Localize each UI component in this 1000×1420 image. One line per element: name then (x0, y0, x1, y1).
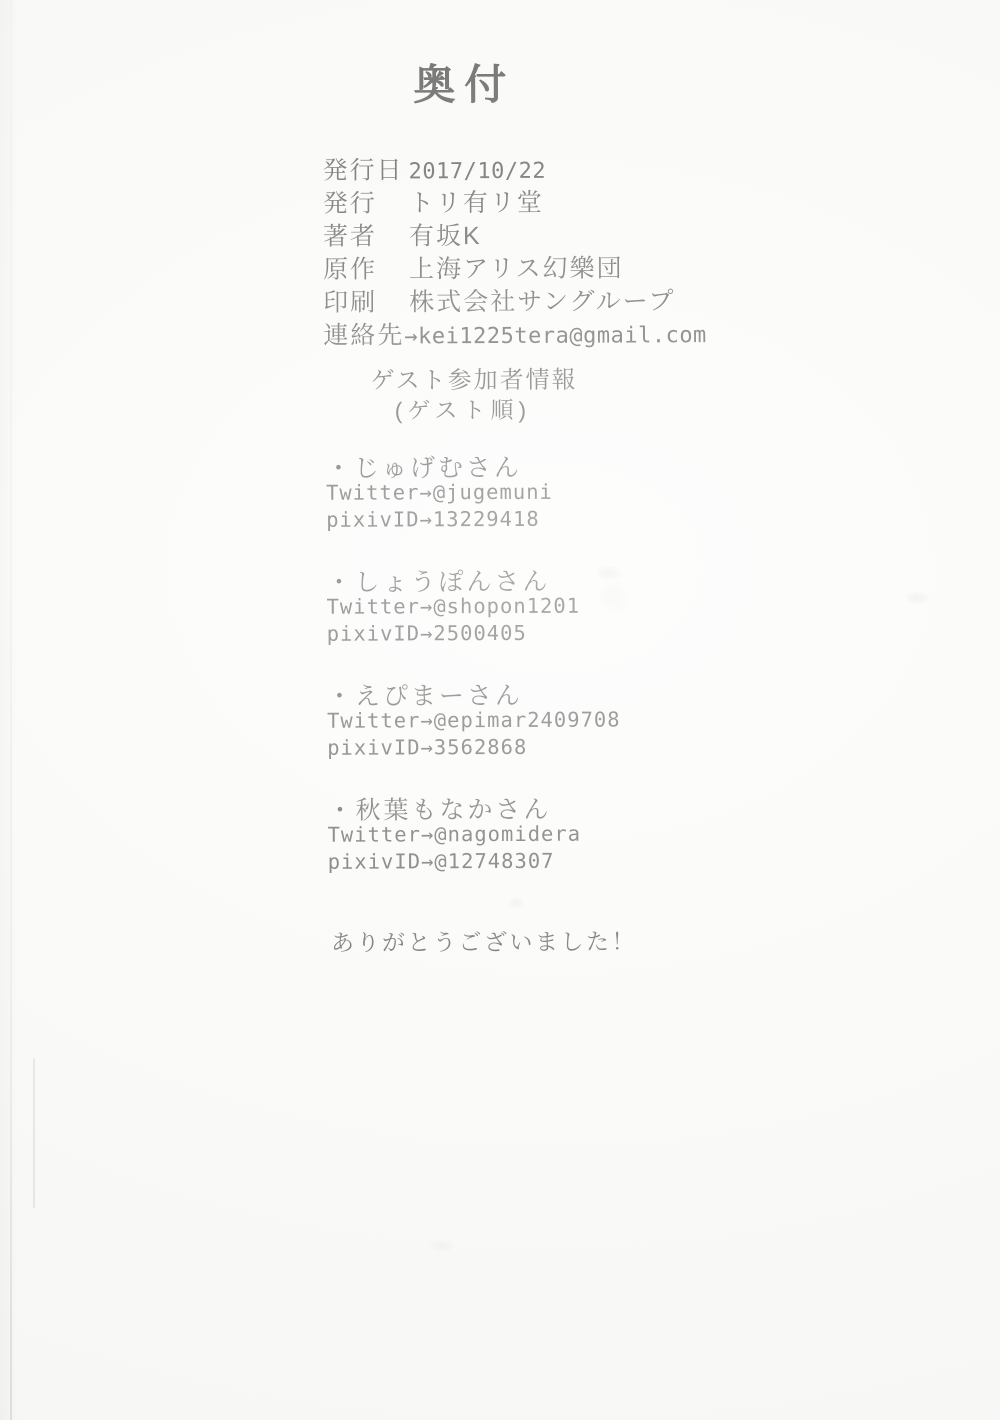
colophon-page: 奥付 発行日 2017/10/22 発行 トリ有リ堂 著者 有坂K 原作 上海ア… (0, 0, 1000, 1420)
publication-label: 原作 (323, 249, 409, 285)
guest-twitter: Twitter→@jugemuni (326, 480, 553, 505)
scan-artifact-fold-line (33, 1058, 35, 1208)
closing-thanks-text: ありがとうございました！ (331, 923, 637, 957)
publication-row-publisher: 発行 トリ有リ堂 (323, 182, 707, 217)
publication-value: 株式会社サングループ (409, 281, 675, 318)
publication-row-contact: 連絡先 →kei1225tera@gmail.com (323, 314, 707, 349)
publication-row-author: 著者 有坂K (323, 215, 707, 250)
publication-value: 有坂K (409, 216, 482, 252)
publication-label: 発行日 (323, 150, 409, 186)
publication-label: 印刷 (323, 282, 409, 318)
guest-entry: ・えぴまーさん Twitter→@epimar2409708 pixivID→3… (327, 675, 747, 713)
guest-entry: ・秋葉もなかさん Twitter→@nagomidera pixivID→@12… (327, 789, 747, 827)
guest-pixiv-id: pixivID→3562868 (327, 735, 527, 760)
publication-label: 発行 (323, 183, 409, 219)
guest-pixiv-id: pixivID→13229418 (326, 507, 540, 532)
publication-row-date: 発行日 2017/10/22 (323, 149, 707, 184)
guest-pixiv-id: pixivID→2500405 (327, 621, 527, 646)
contact-email: →kei1225tera@gmail.com (404, 323, 707, 349)
guest-section-heading: ゲスト参加者情報 (370, 360, 577, 396)
guest-entry: ・じゅげむさん Twitter→@jugemuni pixivID→132294… (326, 447, 746, 485)
publication-row-printer: 印刷 株式会社サングループ (323, 281, 707, 316)
guest-section-subheading: (ゲスト順) (395, 392, 532, 426)
publication-row-original: 原作 上海アリス幻樂団 (323, 248, 707, 283)
publication-value: 上海アリス幻樂団 (409, 248, 624, 285)
scanned-content: 奥付 発行日 2017/10/22 発行 トリ有リ堂 著者 有坂K 原作 上海ア… (0, 0, 1000, 1420)
publication-label: 著者 (323, 216, 409, 252)
guest-pixiv-id: pixivID→@12748307 (328, 849, 555, 874)
guest-twitter: Twitter→@epimar2409708 (327, 707, 621, 732)
publication-value: トリ有リ堂 (409, 183, 544, 220)
guest-entry: ・しょうぽんさん Twitter→@shopon1201 pixivID→250… (326, 561, 746, 599)
page-title: 奥付 (0, 50, 964, 114)
guest-twitter: Twitter→@nagomidera (327, 822, 581, 847)
publication-info: 発行日 2017/10/22 発行 トリ有リ堂 著者 有坂K 原作 上海アリス幻… (323, 149, 707, 349)
publication-value: 2017/10/22 (409, 159, 547, 185)
guest-twitter: Twitter→@shopon1201 (326, 594, 580, 619)
publication-label: 連絡先 (323, 315, 404, 351)
scan-artifact-left-edge (10, 0, 12, 1420)
